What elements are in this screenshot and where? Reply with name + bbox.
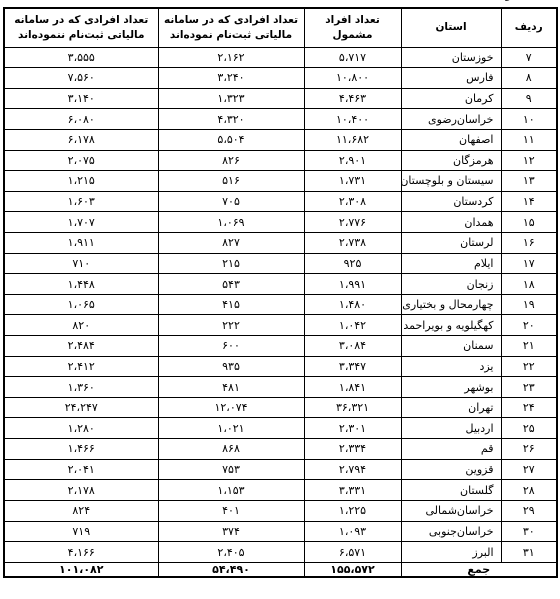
header-eligible-count: تعداد افراد مشمول xyxy=(304,8,401,47)
table-row: ۲۴تهران۳۶،۳۲۱۱۲،۰۷۴۲۴،۲۴۷ xyxy=(4,397,557,418)
not-registered-count-cell: ۷۱۹ xyxy=(4,521,158,542)
not-registered-count-cell: ۷۱۰ xyxy=(4,253,158,274)
table-row: ۳۰خراسان‌جنوبی۱،۰۹۳۳۷۴۷۱۹ xyxy=(4,521,557,542)
registered-count-cell: ۴۸۱ xyxy=(158,377,304,398)
eligible-count-cell: ۲،۷۷۶ xyxy=(304,212,401,233)
header-not-registered-count: تعداد افرادی که در سامانه مالیاتی ثبت‌نا… xyxy=(4,8,158,47)
province-cell: گلستان xyxy=(401,480,501,501)
province-cell: تهران xyxy=(401,397,501,418)
registered-count-cell: ۱،۰۶۹ xyxy=(158,212,304,233)
not-registered-count-cell: ۲،۱۷۸ xyxy=(4,480,158,501)
registered-count-cell: ۲۲۲ xyxy=(158,315,304,336)
row-number-cell: ۱۸ xyxy=(501,274,557,295)
eligible-count-cell: ۲،۷۳۸ xyxy=(304,232,401,253)
table-row: ۱۷ایلام۹۲۵۲۱۵۷۱۰ xyxy=(4,253,557,274)
row-number-cell: ۲۰ xyxy=(501,315,557,336)
registered-count-cell: ۵۱۶ xyxy=(158,171,304,192)
clipped-page-caption: ادامه جدول ( ). xyxy=(476,0,554,5)
province-cell: سمنان xyxy=(401,336,501,357)
table-row: ۲۵اردبیل۲،۳۰۱۱،۰۲۱۱،۲۸۰ xyxy=(4,418,557,439)
table-footer: جمع ۱۵۵،۵۷۲ ۵۴،۴۹۰ ۱۰۱،۰۸۲ xyxy=(4,563,557,578)
province-cell: خراسان‌شمالی xyxy=(401,500,501,521)
table-row: ۲۸گلستان۳،۳۳۱۱،۱۵۳۲،۱۷۸ xyxy=(4,480,557,501)
province-cell: البرز xyxy=(401,542,501,563)
table-row: ۱۸زنجان۱،۹۹۱۵۴۳۱،۴۴۸ xyxy=(4,274,557,295)
row-number-cell: ۱۴ xyxy=(501,191,557,212)
eligible-count-cell: ۲،۹۰۱ xyxy=(304,150,401,171)
not-registered-count-cell: ۱،۴۴۸ xyxy=(4,274,158,295)
row-number-cell: ۷ xyxy=(501,47,557,68)
header-row-number: ردیف xyxy=(501,8,557,47)
province-cell: همدان xyxy=(401,212,501,233)
not-registered-count-cell: ۱،۳۶۰ xyxy=(4,377,158,398)
eligible-count-cell: ۵،۷۱۷ xyxy=(304,47,401,68)
not-registered-count-cell: ۱،۹۱۱ xyxy=(4,232,158,253)
row-number-cell: ۱۹ xyxy=(501,294,557,315)
header-row: ردیف استان تعداد افراد مشمول تعداد افراد… xyxy=(4,8,557,47)
row-number-cell: ۱۶ xyxy=(501,232,557,253)
not-registered-count-cell: ۱،۰۶۵ xyxy=(4,294,158,315)
registered-count-cell: ۱،۳۲۳ xyxy=(158,88,304,109)
registered-count-cell: ۵۴۳ xyxy=(158,274,304,295)
registered-count-cell: ۲،۴۰۵ xyxy=(158,542,304,563)
caption-fragment-text: ادامه جدول ( ). xyxy=(476,0,554,1)
eligible-count-cell: ۹۲۵ xyxy=(304,253,401,274)
registered-count-cell: ۷۵۳ xyxy=(158,459,304,480)
table-body: ۷خوزستان۵،۷۱۷۲،۱۶۲۳،۵۵۵۸فارس۱۰،۸۰۰۳،۲۴۰۷… xyxy=(4,47,557,563)
table-row: ۱۱اصفهان۱۱،۶۸۲۵،۵۰۴۶،۱۷۸ xyxy=(4,129,557,150)
registered-count-cell: ۴۱۵ xyxy=(158,294,304,315)
row-number-cell: ۲۱ xyxy=(501,336,557,357)
eligible-count-cell: ۴،۴۶۳ xyxy=(304,88,401,109)
province-cell: لرستان xyxy=(401,232,501,253)
row-number-cell: ۳۱ xyxy=(501,542,557,563)
registered-count-cell: ۲۱۵ xyxy=(158,253,304,274)
not-registered-count-cell: ۶،۱۷۸ xyxy=(4,129,158,150)
row-number-cell: ۲۸ xyxy=(501,480,557,501)
table-row: ۱۹چهارمحال و بختیاری۱،۴۸۰۴۱۵۱،۰۶۵ xyxy=(4,294,557,315)
not-registered-count-cell: ۲،۴۱۲ xyxy=(4,356,158,377)
province-cell: خراسان‌جنوبی xyxy=(401,521,501,542)
table-row: ۲۰کهگیلویه و بویراحمد۱،۰۴۲۲۲۲۸۲۰ xyxy=(4,315,557,336)
table-row: ۲۱سمنان۳،۰۸۴۶۰۰۲،۴۸۴ xyxy=(4,336,557,357)
row-number-cell: ۲۳ xyxy=(501,377,557,398)
not-registered-count-cell: ۸۲۴ xyxy=(4,500,158,521)
total-eligible-cell: ۱۵۵،۵۷۲ xyxy=(304,563,401,578)
header-registered-count: تعداد افرادی که در سامانه مالیاتی ثبت‌نا… xyxy=(158,8,304,47)
table-row: ۳۱البرز۶،۵۷۱۲،۴۰۵۴،۱۶۶ xyxy=(4,542,557,563)
eligible-count-cell: ۱۱،۶۸۲ xyxy=(304,129,401,150)
province-cell: زنجان xyxy=(401,274,501,295)
row-number-cell: ۳۰ xyxy=(501,521,557,542)
not-registered-count-cell: ۷،۵۶۰ xyxy=(4,68,158,89)
table-row: ۱۳سیستان و بلوچستان۱،۷۳۱۵۱۶۱،۲۱۵ xyxy=(4,171,557,192)
table-row: ۹کرمان۴،۴۶۳۱،۳۲۳۳،۱۴۰ xyxy=(4,88,557,109)
row-number-cell: ۹ xyxy=(501,88,557,109)
row-number-cell: ۲۷ xyxy=(501,459,557,480)
province-cell: خوزستان xyxy=(401,47,501,68)
province-cell: فارس xyxy=(401,68,501,89)
not-registered-count-cell: ۴،۱۶۶ xyxy=(4,542,158,563)
header-province: استان xyxy=(401,8,501,47)
row-number-cell: ۱۵ xyxy=(501,212,557,233)
province-cell: خراسان‌رضوی xyxy=(401,109,501,130)
table-row: ۲۷قزوین۲،۷۹۴۷۵۳۲،۰۴۱ xyxy=(4,459,557,480)
province-cell: ایلام xyxy=(401,253,501,274)
row-number-cell: ۱۳ xyxy=(501,171,557,192)
eligible-count-cell: ۳۶،۳۲۱ xyxy=(304,397,401,418)
not-registered-count-cell: ۱،۲۱۵ xyxy=(4,171,158,192)
eligible-count-cell: ۱،۹۹۱ xyxy=(304,274,401,295)
row-number-cell: ۱۰ xyxy=(501,109,557,130)
not-registered-count-cell: ۲،۰۷۵ xyxy=(4,150,158,171)
eligible-count-cell: ۳،۰۸۴ xyxy=(304,336,401,357)
not-registered-count-cell: ۳،۱۴۰ xyxy=(4,88,158,109)
table-row: ۱۰خراسان‌رضوی۱۰،۴۰۰۴،۳۲۰۶،۰۸۰ xyxy=(4,109,557,130)
not-registered-count-cell: ۱،۴۶۶ xyxy=(4,439,158,460)
table-row: ۱۴کردستان۲،۳۰۸۷۰۵۱،۶۰۳ xyxy=(4,191,557,212)
registered-count-cell: ۱۲،۰۷۴ xyxy=(158,397,304,418)
eligible-count-cell: ۱،۲۲۵ xyxy=(304,500,401,521)
row-number-cell: ۲۲ xyxy=(501,356,557,377)
province-cell: بوشهر xyxy=(401,377,501,398)
province-cell: کردستان xyxy=(401,191,501,212)
registered-count-cell: ۵،۵۰۴ xyxy=(158,129,304,150)
row-number-cell: ۱۲ xyxy=(501,150,557,171)
eligible-count-cell: ۲،۳۰۸ xyxy=(304,191,401,212)
eligible-count-cell: ۶،۵۷۱ xyxy=(304,542,401,563)
registered-count-cell: ۴۰۱ xyxy=(158,500,304,521)
province-cell: کهگیلویه و بویراحمد xyxy=(401,315,501,336)
not-registered-count-cell: ۶،۰۸۰ xyxy=(4,109,158,130)
table-row: ۸فارس۱۰،۸۰۰۳،۲۴۰۷،۵۶۰ xyxy=(4,68,557,89)
not-registered-count-cell: ۲۴،۲۴۷ xyxy=(4,397,158,418)
province-cell: سیستان و بلوچستان xyxy=(401,171,501,192)
province-cell: قم xyxy=(401,439,501,460)
eligible-count-cell: ۱،۰۹۳ xyxy=(304,521,401,542)
eligible-count-cell: ۱۰،۴۰۰ xyxy=(304,109,401,130)
not-registered-count-cell: ۸۲۰ xyxy=(4,315,158,336)
registered-count-cell: ۲،۱۶۲ xyxy=(158,47,304,68)
registered-count-cell: ۸۲۶ xyxy=(158,150,304,171)
registered-count-cell: ۱،۰۲۱ xyxy=(158,418,304,439)
eligible-count-cell: ۲،۳۳۴ xyxy=(304,439,401,460)
eligible-count-cell: ۳،۳۴۷ xyxy=(304,356,401,377)
eligible-count-cell: ۱،۰۴۲ xyxy=(304,315,401,336)
table-row: ۲۶قم۲،۳۳۴۸۶۸۱،۴۶۶ xyxy=(4,439,557,460)
not-registered-count-cell: ۳،۵۵۵ xyxy=(4,47,158,68)
table-row: ۷خوزستان۵،۷۱۷۲،۱۶۲۳،۵۵۵ xyxy=(4,47,557,68)
eligible-count-cell: ۱،۴۸۰ xyxy=(304,294,401,315)
registered-count-cell: ۸۶۸ xyxy=(158,439,304,460)
province-cell: یزد xyxy=(401,356,501,377)
eligible-count-cell: ۲،۳۰۱ xyxy=(304,418,401,439)
province-cell: اصفهان xyxy=(401,129,501,150)
row-number-cell: ۸ xyxy=(501,68,557,89)
eligible-count-cell: ۱۰،۸۰۰ xyxy=(304,68,401,89)
table-row: ۲۲یزد۳،۳۴۷۹۳۵۲،۴۱۲ xyxy=(4,356,557,377)
registered-count-cell: ۶۰۰ xyxy=(158,336,304,357)
province-cell: قزوین xyxy=(401,459,501,480)
document-page: { "caption_fragment": "ادامه جدول ( ).",… xyxy=(0,0,560,599)
total-registered-cell: ۵۴،۴۹۰ xyxy=(158,563,304,578)
not-registered-count-cell: ۱،۲۸۰ xyxy=(4,418,158,439)
province-cell: کرمان xyxy=(401,88,501,109)
province-cell: چهارمحال و بختیاری xyxy=(401,294,501,315)
registered-count-cell: ۹۳۵ xyxy=(158,356,304,377)
registered-count-cell: ۷۰۵ xyxy=(158,191,304,212)
table-row: ۱۵همدان۲،۷۷۶۱،۰۶۹۱،۷۰۷ xyxy=(4,212,557,233)
total-label-cell: جمع xyxy=(401,563,557,578)
registered-count-cell: ۴،۳۲۰ xyxy=(158,109,304,130)
eligible-count-cell: ۱،۷۳۱ xyxy=(304,171,401,192)
row-number-cell: ۲۹ xyxy=(501,500,557,521)
not-registered-count-cell: ۲،۴۸۴ xyxy=(4,336,158,357)
table-header: ردیف استان تعداد افراد مشمول تعداد افراد… xyxy=(4,8,557,47)
eligible-count-cell: ۱،۸۴۱ xyxy=(304,377,401,398)
province-cell: اردبیل xyxy=(401,418,501,439)
table-row: ۱۲هرمزگان۲،۹۰۱۸۲۶۲،۰۷۵ xyxy=(4,150,557,171)
eligible-count-cell: ۳،۳۳۱ xyxy=(304,480,401,501)
registered-count-cell: ۳۷۴ xyxy=(158,521,304,542)
row-number-cell: ۲۵ xyxy=(501,418,557,439)
registered-count-cell: ۸۲۷ xyxy=(158,232,304,253)
total-not-registered-cell: ۱۰۱،۰۸۲ xyxy=(4,563,158,578)
province-tax-registration-table: ردیف استان تعداد افراد مشمول تعداد افراد… xyxy=(3,7,558,578)
total-row: جمع ۱۵۵،۵۷۲ ۵۴،۴۹۰ ۱۰۱،۰۸۲ xyxy=(4,563,557,578)
not-registered-count-cell: ۱،۶۰۳ xyxy=(4,191,158,212)
table-row: ۱۶لرستان۲،۷۳۸۸۲۷۱،۹۱۱ xyxy=(4,232,557,253)
not-registered-count-cell: ۱،۷۰۷ xyxy=(4,212,158,233)
registered-count-cell: ۳،۲۴۰ xyxy=(158,68,304,89)
eligible-count-cell: ۲،۷۹۴ xyxy=(304,459,401,480)
row-number-cell: ۱۱ xyxy=(501,129,557,150)
row-number-cell: ۲۴ xyxy=(501,397,557,418)
province-cell: هرمزگان xyxy=(401,150,501,171)
row-number-cell: ۱۷ xyxy=(501,253,557,274)
table-row: ۲۳بوشهر۱،۸۴۱۴۸۱۱،۳۶۰ xyxy=(4,377,557,398)
not-registered-count-cell: ۲،۰۴۱ xyxy=(4,459,158,480)
table-row: ۲۹خراسان‌شمالی۱،۲۲۵۴۰۱۸۲۴ xyxy=(4,500,557,521)
registered-count-cell: ۱،۱۵۳ xyxy=(158,480,304,501)
row-number-cell: ۲۶ xyxy=(501,439,557,460)
